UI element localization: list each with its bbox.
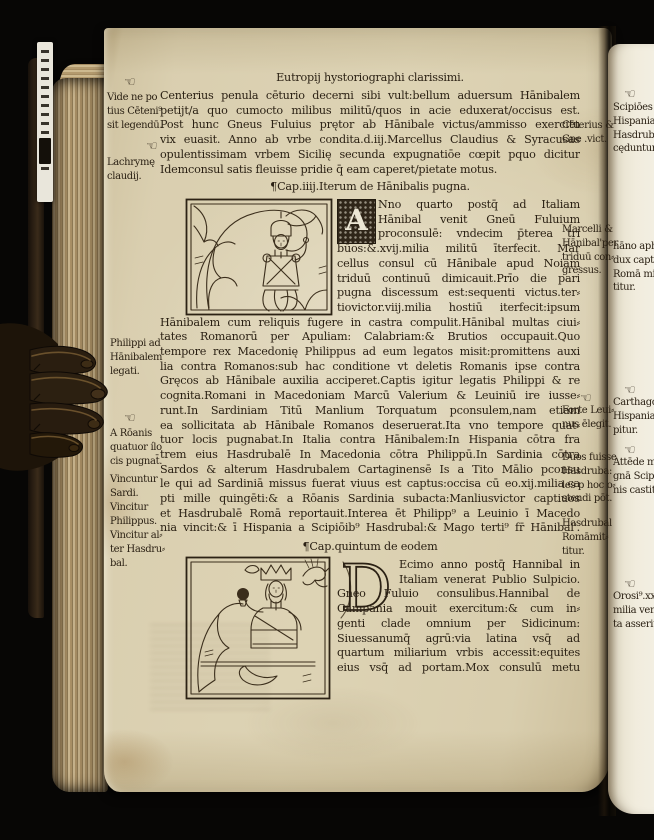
photo-of-incunabulum-page: { "photo": { "background": "#070605", "p…: [0, 0, 654, 840]
margin-note-line: Philippi ad: [110, 337, 160, 351]
margin-note-line: quatuor ílo: [110, 441, 162, 455]
body-line: Italiam venerat Publio Sulpicio.: [399, 573, 580, 588]
margin-note-line: Philippus.: [110, 515, 157, 529]
manicule-icon: ☜: [124, 412, 136, 425]
body-line: triduū continuū dimicauit.Prīo die pari: [337, 272, 580, 287]
body-line: Gręcos ab Hānibale auxilia acciperet.Cap…: [160, 374, 580, 389]
margin-note-line: Orosi⁹.xxx: [613, 590, 654, 604]
body-line: Ecimo anno postq̄ Hannibal in: [399, 558, 580, 573]
margin-note-line: nus ēlegit.: [562, 418, 611, 432]
margin-note-line: Vincitur al⸗: [110, 529, 162, 543]
margin-note-line: Hānibal'per: [562, 237, 618, 251]
body-line: tates Romanorū per Apuliam: Calabriam:& …: [160, 330, 580, 345]
margin-note-line: cęduntur.: [613, 142, 654, 156]
margin-note-line: pitur.: [613, 424, 638, 438]
initial-letter: A: [345, 203, 368, 237]
margin-note-line: Vide ne po: [107, 91, 157, 105]
margin-note-line: Hānibalem: [110, 351, 162, 365]
margin-note-line: Vincuntur: [110, 473, 157, 487]
margin-note-line: Hispania ca: [613, 410, 654, 424]
manicule-icon: ☜: [624, 88, 636, 101]
margin-note-line: stendi pōt.: [562, 492, 612, 506]
margin-note-line: Hispania a: [613, 115, 654, 129]
margin-note-line: gnā Scipiō: [613, 470, 654, 484]
body-line: lia contra Romanos:sub hac conditione vt…: [160, 360, 580, 375]
margin-note-line: hāno aphro: [613, 240, 654, 254]
body-line: Campania mouit exercitum:& cum in⸗: [337, 602, 580, 617]
body-line: ea sollicitata ab Hānibale Romanos deser…: [160, 419, 580, 434]
margin-note-line: dux captiu⁹: [613, 254, 654, 268]
body-line: trem eius Hasdrubalē In Macedonia cōtra …: [160, 448, 580, 463]
margin-note-line: titur.: [562, 545, 584, 559]
body-line: Gneo Fuluio consulibus.Hannibal de: [337, 587, 580, 602]
margin-note-line: Attēde ma: [613, 456, 654, 470]
body-line: runt.In Sardiniam Titū Manlium Torquatum…: [160, 404, 580, 419]
margin-note-line: milia vendi: [613, 604, 654, 618]
margin-note-line: nis castitat: [613, 484, 654, 498]
margin-note-line: Carthago: [613, 396, 654, 410]
margin-note-line: Vincitur: [110, 501, 148, 515]
margin-note-line: Forte Leui⸗: [562, 404, 614, 418]
margin-note-line: Gne .vict.: [562, 133, 607, 147]
body-line: et Hasdrubalē Romā reportauit.Interea ēt…: [160, 507, 580, 522]
margin-note-line: A Rōanis: [110, 427, 152, 441]
body-line: Post hunc Gneus Fuluius prętor ab Hāniba…: [160, 118, 580, 133]
margin-note-line: sit legendū.: [107, 119, 162, 133]
margin-note-line: Hasdruba:: [562, 465, 612, 479]
body-line: quartum miliarium vrbis accessit:equites: [337, 646, 580, 661]
body-line: Idemconsul satis fleuisse pridie q̄ eam …: [160, 163, 580, 178]
body-line: le qui ad Sardiniā missus fuerat viuus e…: [160, 477, 580, 492]
margin-note-line: bal.: [110, 557, 127, 571]
body-line: tempore rex Macedonię Philippus ad eum l…: [160, 345, 580, 360]
margin-note-line: titur.: [613, 281, 635, 295]
margin-note-line: Scipiōes ī: [613, 101, 654, 115]
body-line: būos:&.xvij.milia militū īterfecit. Mar: [337, 242, 580, 257]
manicule-icon: ☜: [146, 140, 158, 153]
body-line: genti clade omnium per Sidicinum:: [337, 617, 580, 632]
body-line: cellus consul cū Hānibale apud Noiam: [337, 257, 580, 272]
margin-note-line: ter Hasdru⸗: [110, 543, 165, 557]
body-line: proconsulē: vndecim p̄terea tri: [378, 227, 580, 242]
woodcut-king: [185, 556, 331, 704]
margin-note-line: ta asserit.: [613, 618, 654, 632]
margin-note-line: Romāmit⸗: [562, 531, 608, 545]
body-line: opulentissimam vrbem Sicilię secunda exp…: [160, 148, 580, 163]
margin-note-line: Cēterius &: [562, 119, 614, 133]
body-line: pti mille quingēti:& a Rōanis Sardinia s…: [160, 492, 580, 507]
body-line: nia vincit̄:& ī Hispania a Scipiōib⁹ Has…: [160, 521, 580, 536]
body-line: Centerius penula cēturio decerni sibi vu…: [160, 89, 580, 104]
margin-note-line: Hasdrubal': [613, 129, 654, 143]
body-line: Sardos & alterum Hasdrubalem Cartaginens…: [160, 463, 580, 478]
margin-note-line: Marcelli &: [562, 223, 613, 237]
margin-note-line: triduū con⸗: [562, 251, 614, 265]
body-line: Nno quarto postq̄ ad Italiam: [378, 198, 580, 213]
margin-note-line: Lachrymę: [107, 156, 155, 170]
body-line: Siuessanumq̄ agrū:via latina vsq̄ ad: [337, 632, 580, 647]
margin-note-line: tius Cēteni⁹: [107, 105, 162, 119]
body-line: petijt/a quo cumocto milibus militū/quos…: [160, 104, 580, 119]
margin-note-line: Duos fuisse: [562, 451, 616, 465]
margin-note-line: les p hoc o⸗: [562, 479, 615, 493]
body-line: Hānibal venit Gneū Fuluium: [378, 213, 580, 228]
decorated-initial-a: A: [337, 199, 376, 244]
margin-note-line: Romā mit⸗: [613, 268, 654, 282]
margin-note-line: Hasdrubal: [562, 517, 612, 531]
body-line: Hānibalem cum reliquis fugere in castra …: [160, 316, 580, 331]
body-line: eius vsq̄ ad portam.Mox consulū metu: [337, 661, 580, 676]
running-title: Eutropij hystoriographi clarissimi.: [160, 71, 580, 86]
body-line: pugna discessum est:sequenti victus.ter⸗: [337, 286, 580, 301]
bronze-hand: [0, 316, 116, 480]
body-line: vix euasit. Anno ab vrbe condita.d.iij.M…: [160, 133, 580, 148]
margin-note-line: Sardi.: [110, 487, 138, 501]
body-line: tiovictor.viij.milia hostiū iterfecit:ip…: [337, 301, 580, 316]
chapter-heading: ¶Cap.iiij.Iterum de Hānibalis pugna.: [160, 180, 580, 195]
margin-note-line: cis pugnat̄.: [110, 455, 162, 469]
manicule-icon: ☜: [124, 76, 136, 89]
woodcut-soldier: [185, 198, 333, 320]
body-line: cognita.Romani in Macedoniam Marcū Valer…: [160, 389, 580, 404]
margin-note-line: claudij.: [107, 170, 141, 184]
margin-note-line: gressus.: [562, 264, 601, 278]
body-line: tuor locis pugnabat̄.In Italia contra Hā…: [160, 433, 580, 448]
